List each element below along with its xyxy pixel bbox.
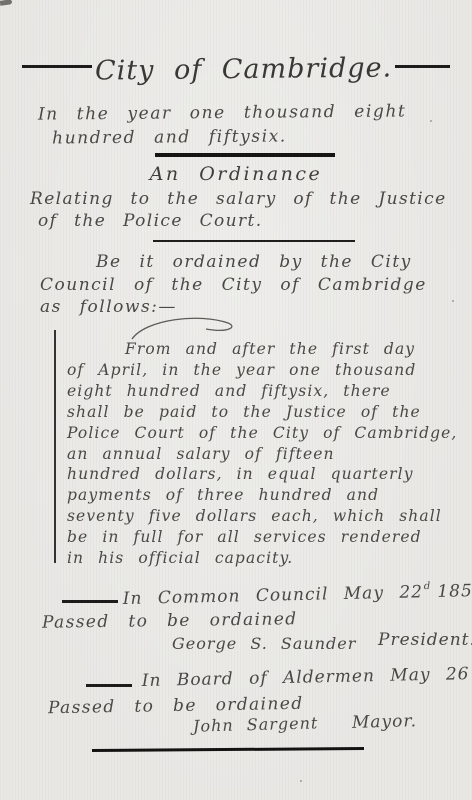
scan-speck	[452, 300, 454, 302]
margin-line	[54, 330, 56, 563]
body-line: an annual salary of fifteen	[67, 444, 467, 465]
aldermen-attestation-dash	[86, 684, 132, 687]
title-rule-left	[22, 65, 92, 68]
enactment-line-1: Be it ordained by the City	[96, 251, 427, 274]
president-role: President.	[378, 630, 472, 650]
council-caption: In Common Council May 22d1856	[123, 580, 472, 609]
date-preamble: In the year one thousand eight hundred a…	[38, 99, 407, 150]
ordinance-heading: An Ordinance	[0, 163, 472, 185]
aldermen-caption-text: In Board of Aldermen May 26	[142, 664, 470, 691]
council-action: Passed to be ordained	[42, 609, 298, 633]
body-line: be in full for all services rendered	[67, 527, 467, 548]
closing-rule	[92, 747, 364, 752]
council-ordinal: d	[424, 581, 431, 592]
scan-speck	[430, 120, 432, 122]
mayor-role: Mayor.	[352, 711, 418, 733]
mayor-signature: John Sargent	[193, 713, 319, 735]
body-line: of April, in the year one thousand	[67, 360, 467, 381]
aldermen-caption: In Board of Aldermen May 26th111856	[142, 663, 472, 691]
body-line: Police Court of the City of Cambridge,	[67, 423, 467, 444]
council-year: 1856	[437, 581, 472, 602]
divider-rule-top	[155, 153, 335, 157]
body-line: hundred dollars, in equal quarterly	[67, 464, 467, 485]
preamble-line-1: In the year one thousand eight	[38, 99, 407, 126]
body-line: payments of three hundred and	[67, 485, 467, 506]
body-line: From and after the first day	[125, 339, 467, 360]
divider-rule-middle	[153, 240, 355, 242]
preamble-line-2: hundred and fiftysix.	[52, 123, 407, 150]
subject-line-2: of the Police Court.	[38, 210, 447, 232]
council-attestation-dash	[62, 600, 118, 603]
ordinance-subject: Relating to the salary of the Justice of…	[30, 188, 447, 232]
scan-speck	[300, 780, 302, 782]
enactment-clause: Be it ordained by the City Council of th…	[40, 251, 427, 319]
council-caption-text: In Common Council May 22	[123, 582, 424, 609]
ordinance-body: From and after the first day of April, i…	[67, 339, 467, 569]
document-title: City of Cambridge.	[95, 52, 392, 86]
subject-line-1: Relating to the salary of the Justice	[30, 188, 447, 210]
enactment-line-2: Council of the City of Cambridge	[40, 274, 427, 297]
scan-smudge	[0, 0, 12, 6]
body-line: in his official capacity.	[67, 548, 467, 569]
president-signature: George S. Saunder	[172, 634, 356, 653]
body-line: seventy five dollars each, which shall	[67, 506, 467, 527]
title-rule-right	[395, 65, 450, 68]
body-line: eight hundred and fiftysix, there	[67, 381, 467, 402]
body-line: shall be paid to the Justice of the	[67, 402, 467, 423]
ordinance-document-page: City of Cambridge. In the year one thous…	[0, 0, 472, 800]
document-header: City of Cambridge.	[0, 38, 472, 100]
